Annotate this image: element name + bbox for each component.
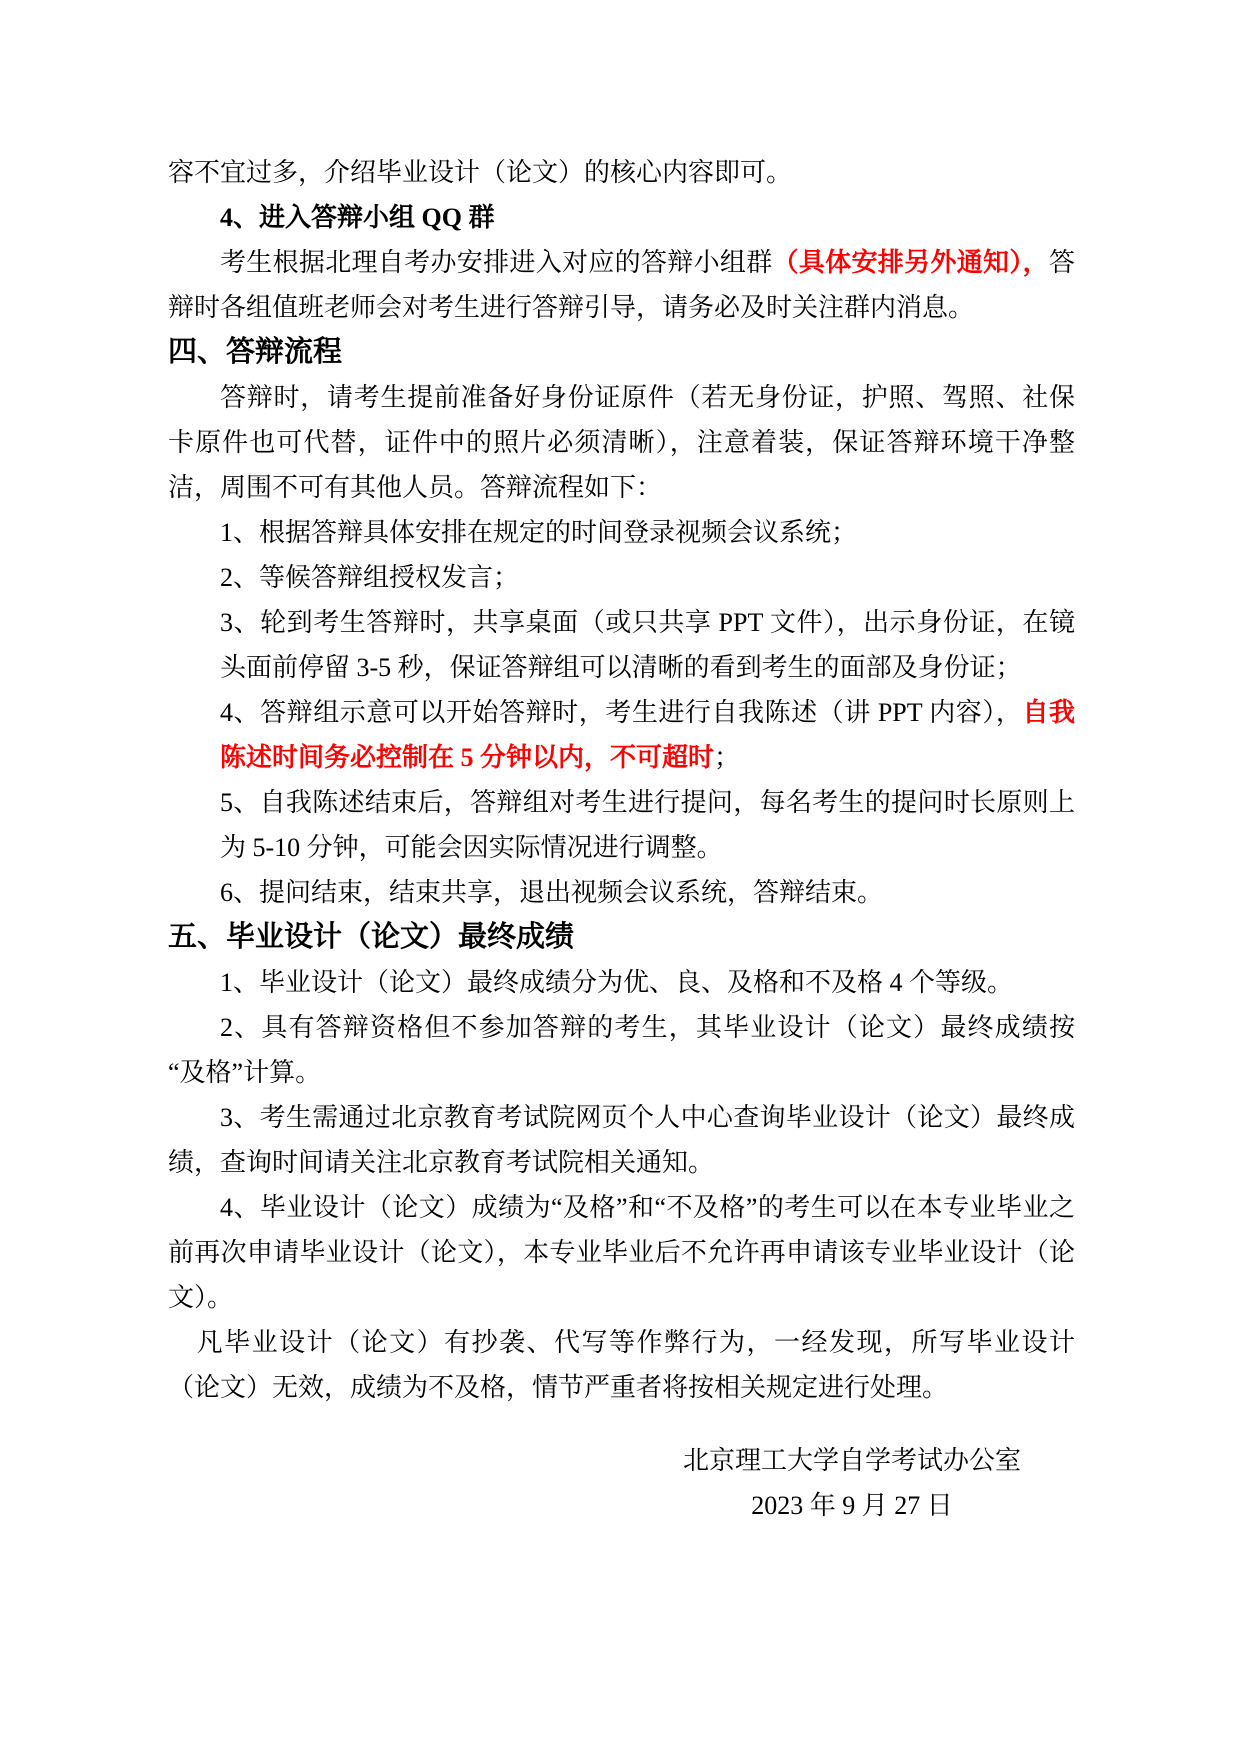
list-item-step-4: 4、答辩组示意可以开始答辩时，考生进行自我陈述（讲 PPT 内容），自我陈述时间… [220,690,1075,780]
text-segment: 6、提问结束，结束共享，退出视频会议系统，答辩结束。 [220,878,883,907]
list-item-step-5: 5、自我陈述结束后，答辩组对考生进行提问，每名考生的提问时长原则上为 5-10 … [220,780,1075,870]
grade-item-1: 1、毕业设计（论文）最终成绩分为优、良、及格和不及格 4 个等级。 [168,960,1075,1005]
list-item-step-3: 3、轮到考生答辩时，共享桌面（或只共享 PPT 文件），出示身份证，在镜头面前停… [220,600,1075,690]
subheading-enter-qq-group: 4、进入答辩小组 QQ 群 [168,195,1075,240]
paragraph-continuation: 容不宜过多，介绍毕业设计（论文）的核心内容即可。 [168,150,1075,195]
document-page: 容不宜过多，介绍毕业设计（论文）的核心内容即可。 4、进入答辩小组 QQ 群 考… [0,0,1241,1754]
signature-block: 北京理工大学自学考试办公室 2023 年 9 月 27 日 [683,1438,1021,1528]
section-heading-defense-process: 四、答辩流程 [168,330,1075,375]
document-content: 容不宜过多，介绍毕业设计（论文）的核心内容即可。 4、进入答辩小组 QQ 群 考… [168,150,1075,1528]
list-item-step-1: 1、根据答辩具体安排在规定的时间登录视频会议系统； [220,510,1075,555]
text-segment: 2、等候答辩组授权发言； [220,563,519,592]
paragraph-qq-group: 考生根据北理自考办安排进入对应的答辩小组群（具体安排另外通知），答辩时各组值班老… [168,240,1075,330]
grade-item-3: 3、考生需通过北京教育考试院网页个人中心查询毕业设计（论文）最终成绩，查询时间请… [168,1095,1075,1185]
text-segment: 1、根据答辩具体安排在规定的时间登录视频会议系统； [220,518,857,547]
signature-office: 北京理工大学自学考试办公室 [683,1438,1021,1483]
list-item-step-6: 6、提问结束，结束共享，退出视频会议系统，答辩结束。 [220,870,1075,915]
text-segment: 3、轮到考生答辩时，共享桌面（或只共享 PPT 文件），出示身份证，在镜头面前停… [220,608,1075,682]
signature-date: 2023 年 9 月 27 日 [683,1483,1021,1528]
red-highlight-arrangement-notice: （具体安排另外通知）， [773,248,1049,277]
section-heading-final-grade: 五、毕业设计（论文）最终成绩 [168,915,1075,960]
list-item-step-2: 2、等候答辩组授权发言； [220,555,1075,600]
paragraph-defense-preparation: 答辩时，请考生提前准备好身份证原件（若无身份证，护照、驾照、社保卡原件也可代替，… [168,375,1075,510]
text-segment: 考生根据北理自考办安排进入对应的答辩小组群 [220,248,773,277]
text-segment: 4、答辩组示意可以开始答辩时，考生进行自我陈述（讲 PPT 内容）， [220,698,1022,727]
text-segment: 5、自我陈述结束后，答辩组对考生进行提问，每名考生的提问时长原则上为 5-10 … [220,788,1075,862]
text-segment: ； [714,743,740,772]
paragraph-plagiarism-warning: 凡毕业设计（论文）有抄袭、代写等作弊行为，一经发现，所写毕业设计（论文）无效，成… [168,1320,1075,1410]
grade-item-4: 4、毕业设计（论文）成绩为“及格”和“不及格”的考生可以在本专业毕业之前再次申请… [168,1185,1075,1320]
grade-item-2: 2、具有答辩资格但不参加答辩的考生，其毕业设计（论文）最终成绩按“及格”计算。 [168,1005,1075,1095]
